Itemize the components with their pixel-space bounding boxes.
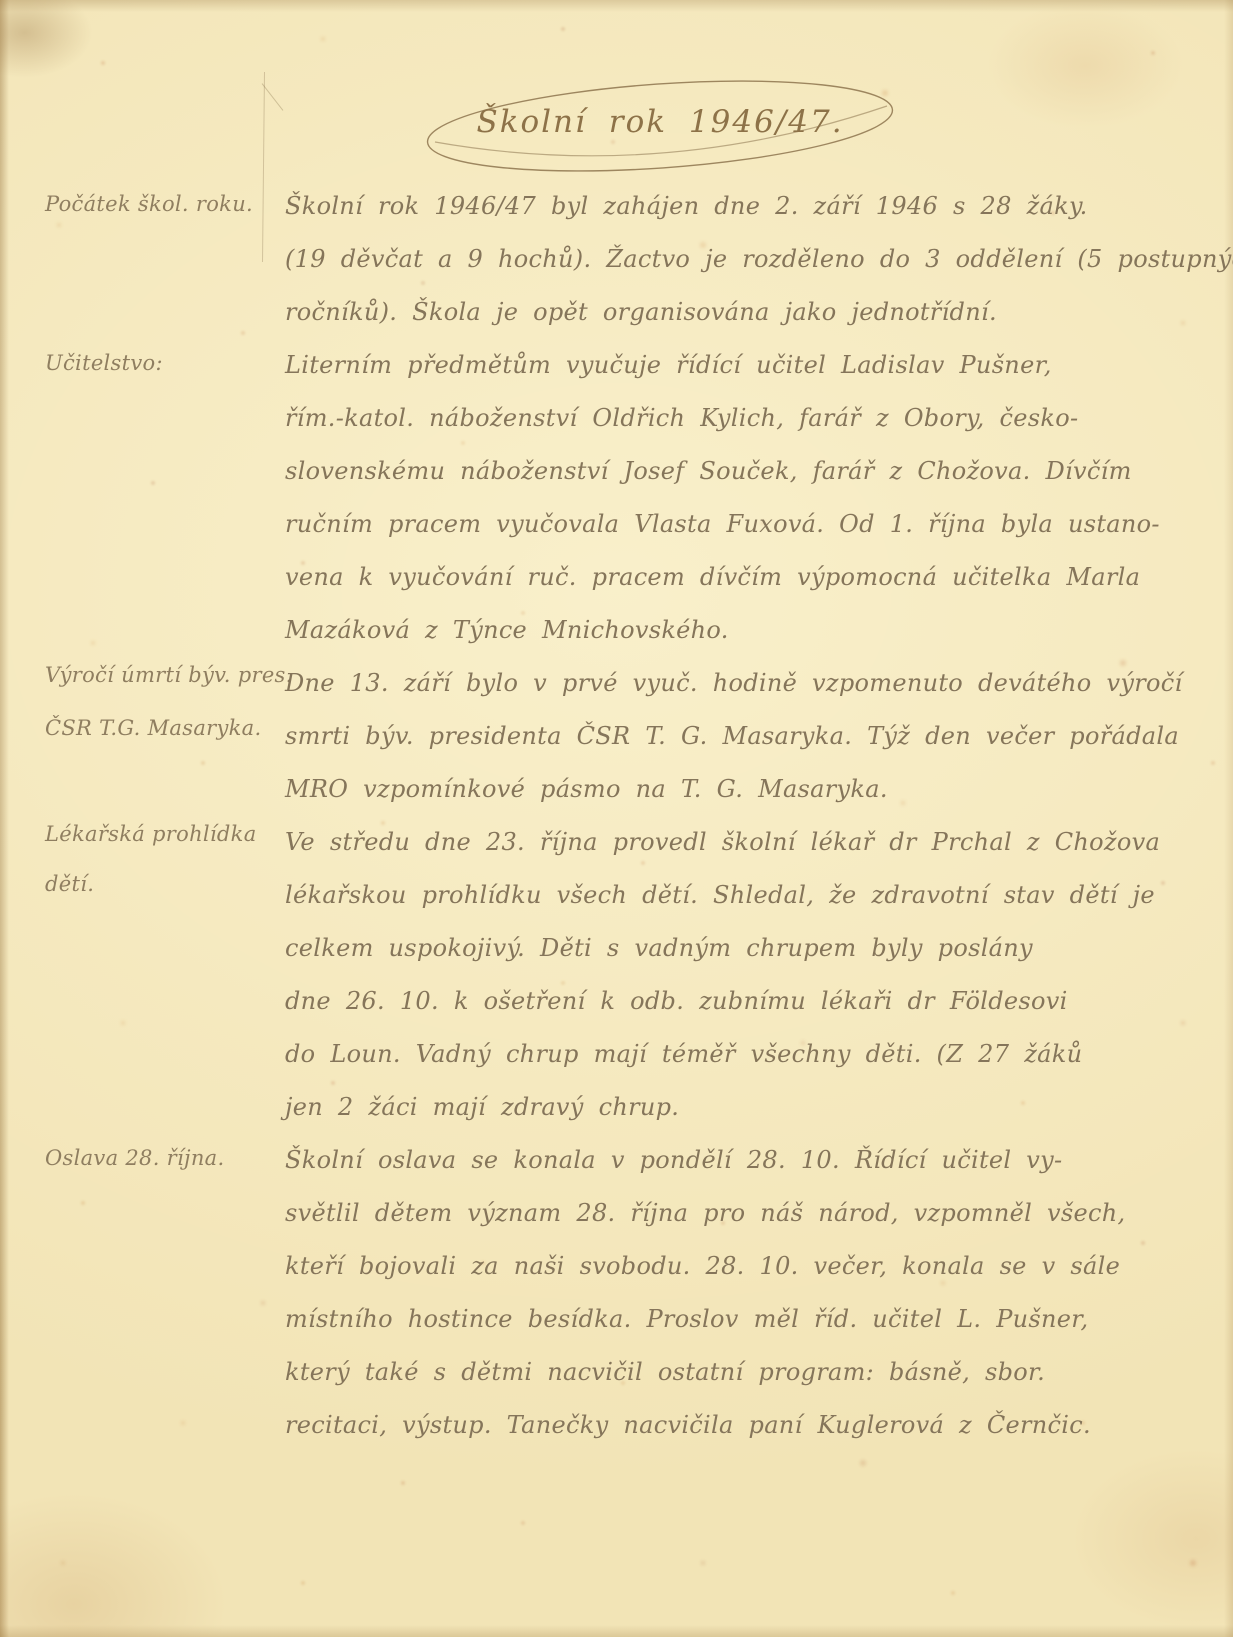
manuscript-line: lékařskou prohlídku všech dětí. Shledal,… [285,881,1155,909]
margin-note-october-celebration: Oslava 28. října. [45,1146,224,1170]
manuscript-line: Literním předmětům vyučuje řídící učitel… [285,351,1052,379]
margin-note-teachers: Učitelstvo: [45,351,163,375]
manuscript-line: Školní rok 1946/47 byl zahájen dne 2. zá… [285,192,1088,220]
manuscript-line: jen 2 žáci mají zdravý chrup. [285,1093,679,1121]
manuscript-line: místního hostince besídka. Proslov měl ř… [285,1305,1088,1333]
manuscript-line: kteří bojovali za naši svobodu. 28. 10. … [285,1252,1120,1280]
manuscript-line: dne 26. 10. k ošetření k odb. zubnímu lé… [285,987,1068,1015]
manuscript-line: recitaci, výstup. Tanečky nacvičila paní… [285,1411,1091,1439]
manuscript-line: vena k vyučování ruč. pracem dívčím výpo… [285,563,1140,591]
paper-fold-crease [262,72,265,262]
margin-note-masaryk-anniversary-line1: Výročí úmrtí býv. pres. [45,663,293,687]
manuscript-line: slovenskému náboženství Josef Souček, fa… [285,457,1132,485]
manuscript-line: světlil dětem význam 28. října pro náš n… [285,1199,1125,1227]
manuscript-line: celkem uspokojivý. Děti s vadným chrupem… [285,934,1033,962]
paper-fold-mark [262,83,284,110]
manuscript-line: Školní oslava se konala v pondělí 28. 10… [285,1146,1062,1174]
manuscript-line: do Loun. Vadný chrup mají téměř všechny … [285,1040,1082,1068]
manuscript-line: Ve středu dne 23. října provedl školní l… [285,828,1160,856]
margin-note-masaryk-anniversary-line2: ČSR T.G. Masaryka. [45,716,261,740]
manuscript-line: Dne 13. září bylo v prvé vyuč. hodině vz… [285,669,1182,697]
manuscript-line: ručním pracem vyučovala Vlasta Fuxová. O… [285,510,1160,538]
manuscript-line: (19 děvčat a 9 hochů). Žactvo je rozděle… [285,245,1233,273]
manuscript-line: řím.-katol. náboženství Oldřich Kylich, … [285,404,1078,432]
page-title: Školní rok 1946/47. [430,104,890,140]
manuscript-line: ročníků). Škola je opět organisována jak… [285,298,997,326]
manuscript-line: Mazáková z Týnce Mnichovského. [285,616,729,644]
margin-note-medical-exam-line1: Lékařská prohlídka [45,822,257,846]
margin-note-school-year-start: Počátek škol. roku. [45,192,253,216]
manuscript-line: smrti býv. presidenta ČSR T. G. Masaryka… [285,722,1179,750]
margin-note-medical-exam-line2: dětí. [45,872,94,896]
manuscript-page: Školní rok 1946/47. Počátek škol. roku. … [0,0,1233,1637]
manuscript-line: který také s dětmi nacvičil ostatní prog… [285,1358,1045,1386]
manuscript-line: MRO vzpomínkové pásmo na T. G. Masaryka. [285,775,888,803]
